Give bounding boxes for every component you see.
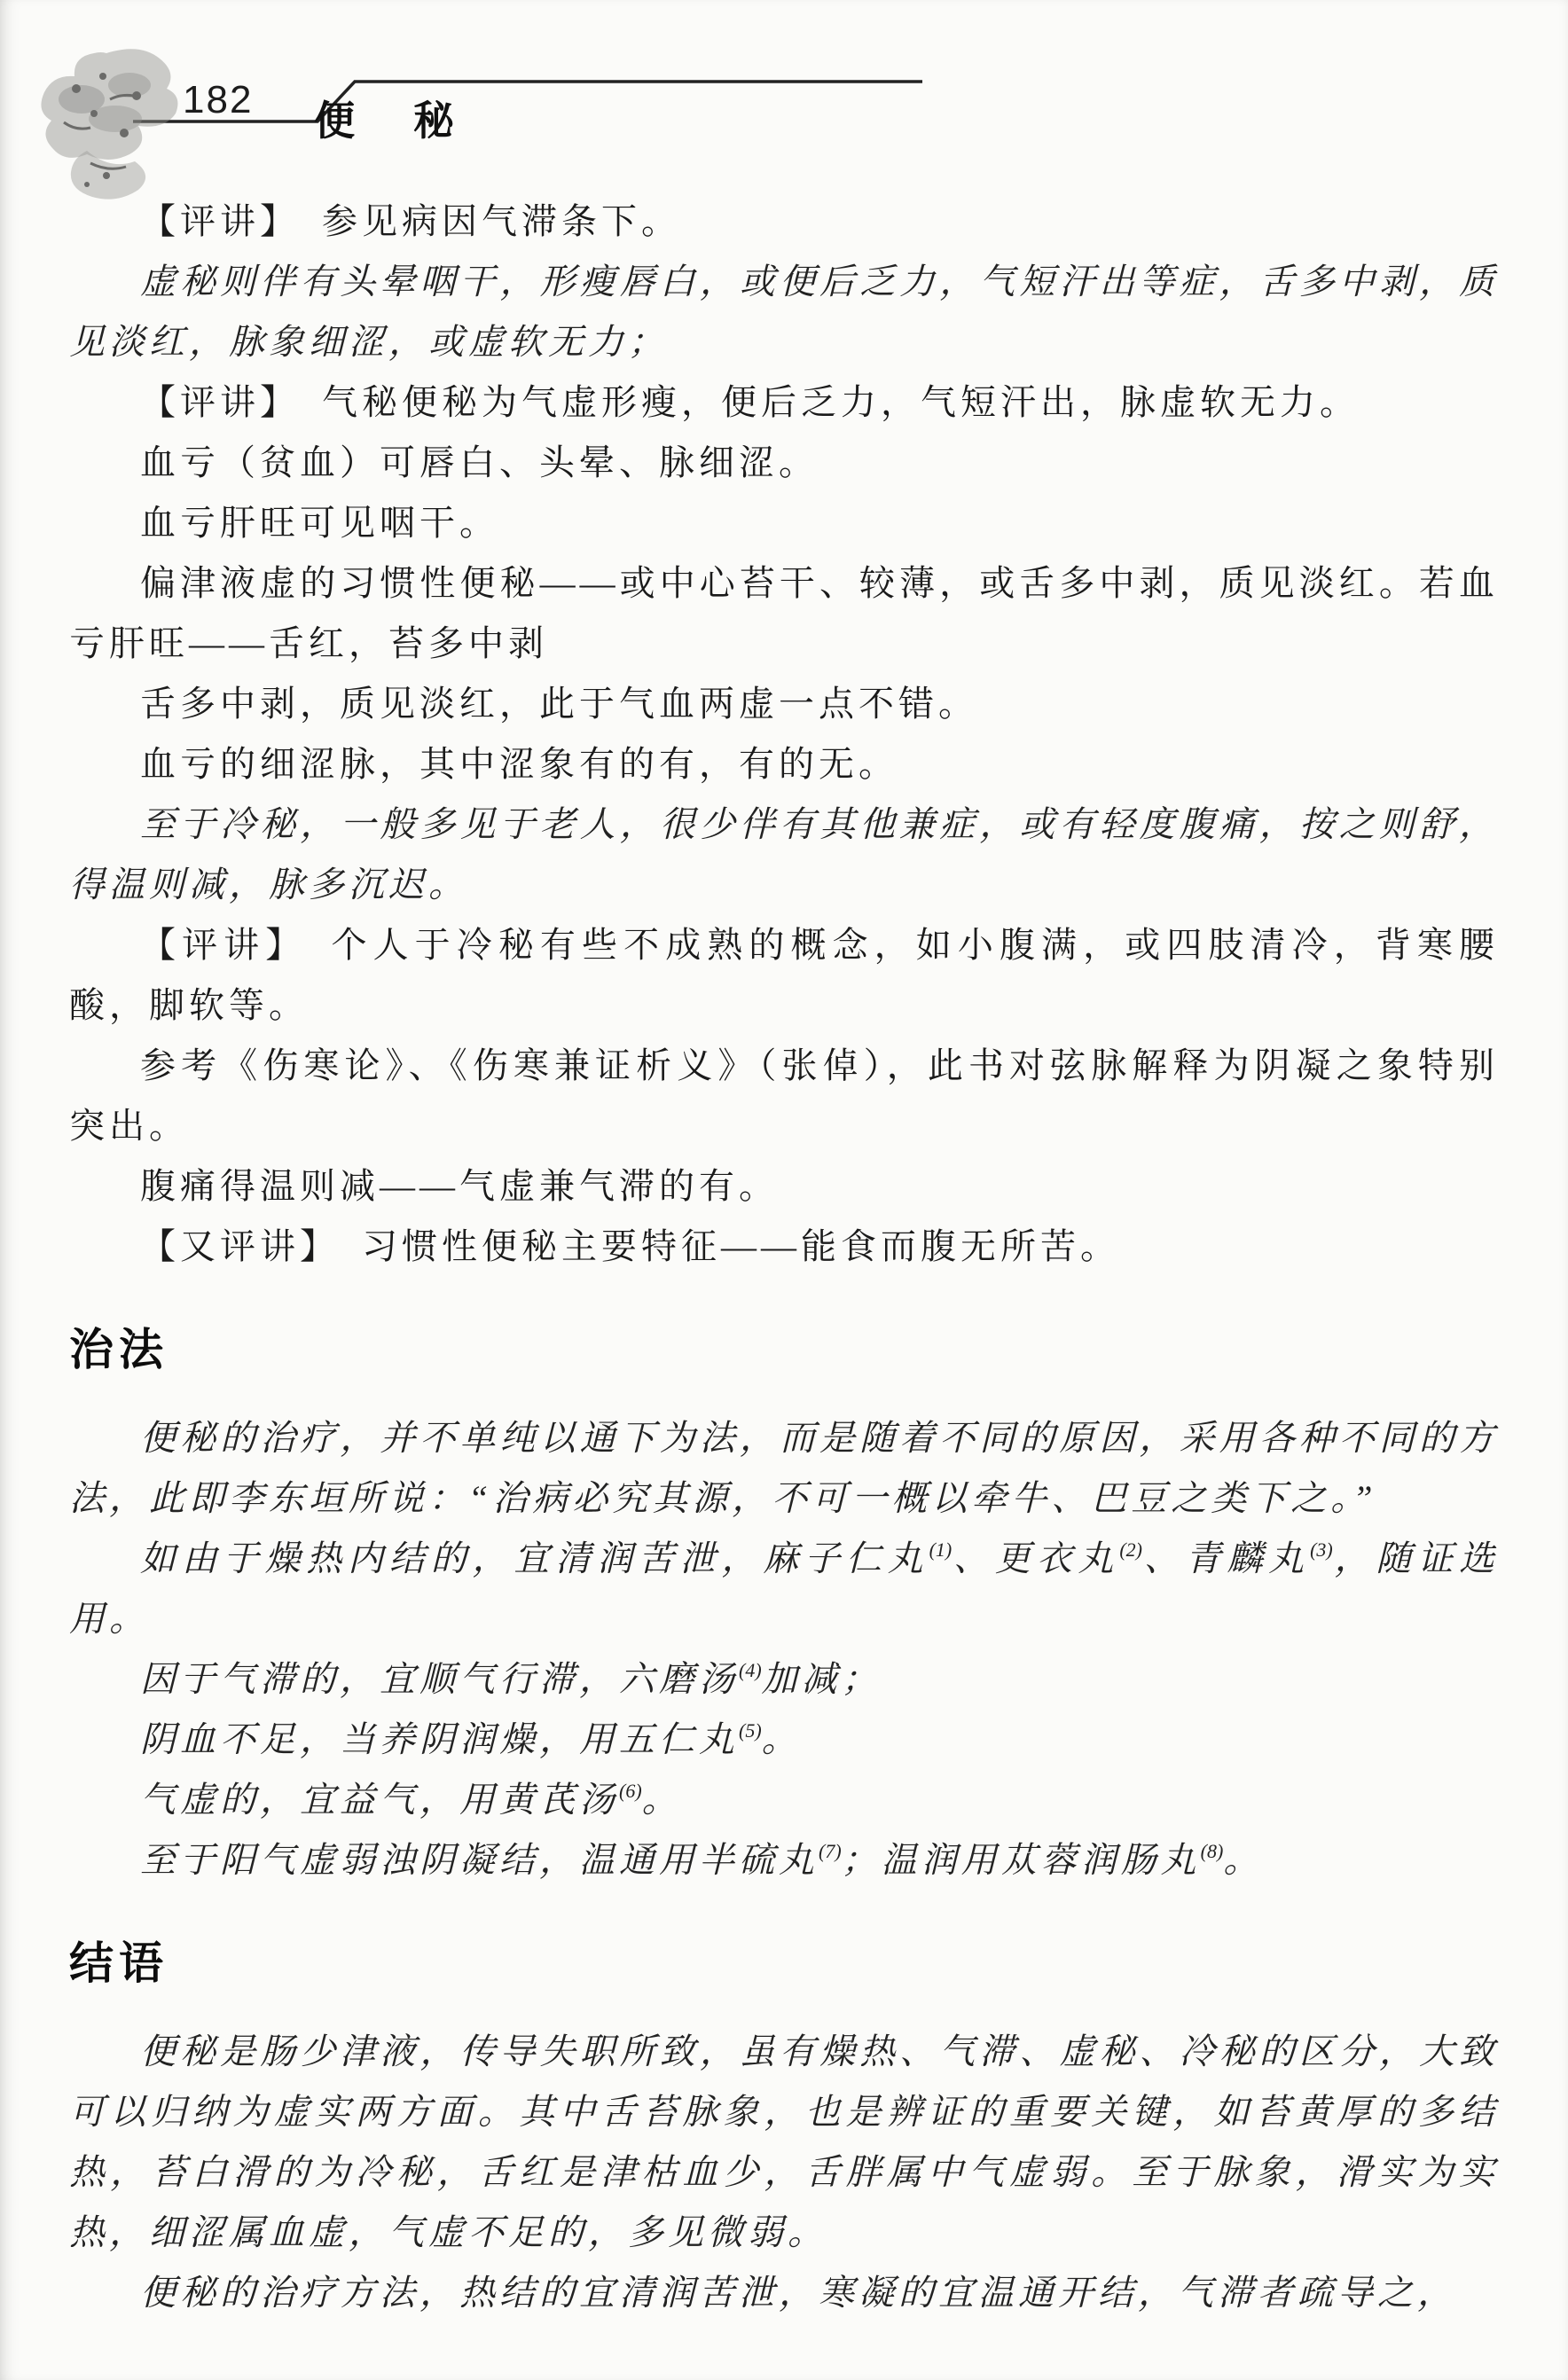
paragraph: 因于气滞的，宜顺气行滞，六磨汤(4)加减；: [69, 1649, 1499, 1710]
paragraph: 阴血不足，当养阴润燥，用五仁丸(5)。: [69, 1710, 1499, 1770]
paragraph: 血亏的细涩脉，其中涩象有的有，有的无。: [69, 734, 1499, 795]
footnote-ref: (3): [1310, 1538, 1333, 1561]
paragraph: 血亏肝旺可见咽干。: [69, 493, 1499, 553]
section-heading: 结语: [69, 1928, 1499, 1992]
paragraph: 如由于燥热内结的，宜清润苦泄，麻子仁丸(1)、更衣丸(2)、青麟丸(3)，随证选…: [69, 1529, 1499, 1649]
paragraph: 便秘是肠少津液，传导失职所致，虽有燥热、气滞、虚秘、冷秘的区分，大致可以归纳为虚…: [69, 2022, 1499, 2263]
paragraph: 偏津液虚的习惯性便秘——或中心苔干、较薄，或舌多中剥，质见淡红。若血亏肝旺——舌…: [69, 553, 1499, 674]
paragraph: 【评讲】 个人于冷秘有些不成熟的概念，如小腹满，或四肢清冷，背寒腰酸，脚软等。: [69, 915, 1499, 1036]
page-header: 182 便 秘: [69, 0, 1499, 153]
paragraph: 至于阳气虚弱浊阴凝结，温通用半硫丸(7)；温润用苁蓉润肠丸(8)。: [69, 1830, 1499, 1891]
section-heading: 治法: [69, 1314, 1499, 1378]
footnote-ref: (4): [739, 1659, 762, 1681]
seal-stamp-icon: [25, 37, 193, 210]
paragraph: 参考《伤寒论》、《伤寒兼证析义》（张倬），此书对弦脉解释为阴凝之象特别突出。: [69, 1036, 1499, 1156]
paragraph: 虚秘则伴有头晕咽干，形瘦唇白，或便后乏力，气短汗出等症，舌多中剥，质见淡红，脉象…: [69, 252, 1499, 372]
footnote-ref: (7): [819, 1840, 842, 1862]
paragraph: 气虚的，宜益气，用黄芪汤(6)。: [69, 1770, 1499, 1830]
paragraph: 至于冷秘，一般多见于老人，很少伴有其他兼症，或有轻度腹痛，按之则舒，得温则减，脉…: [69, 795, 1499, 915]
book-page: 182 便 秘 【评讲】 参见病因气滞条下。虚秘则伴有头晕咽干，形瘦唇白，或便后…: [0, 0, 1568, 2380]
paragraph: 【评讲】 参见病因气滞条下。: [69, 192, 1499, 252]
page-number: 182: [183, 78, 253, 122]
footnote-ref: (8): [1201, 1840, 1224, 1862]
paragraph: 便秘的治疗方法，热结的宜清润苦泄，寒凝的宜温通开结，气滞者疏导之，: [69, 2263, 1499, 2323]
paragraph: 腹痛得温则减——气虚兼气滞的有。: [69, 1156, 1499, 1217]
paragraph: 血亏（贫血）可唇白、头晕、脉细涩。: [69, 433, 1499, 493]
footnote-ref: (6): [619, 1780, 642, 1802]
footnote-ref: (1): [929, 1538, 953, 1561]
paragraph: 舌多中剥，质见淡红，此于气血两虚一点不错。: [69, 674, 1499, 734]
page-body: 【评讲】 参见病因气滞条下。虚秘则伴有头晕咽干，形瘦唇白，或便后乏力，气短汗出等…: [69, 153, 1499, 2323]
paragraph: 【又评讲】 习惯性便秘主要特征——能食而腹无所苦。: [69, 1217, 1499, 1277]
paragraph: 便秘的治疗，并不单纯以通下为法，而是随着不同的原因，采用各种不同的方法，此即李东…: [69, 1408, 1499, 1529]
footnote-ref: (5): [739, 1719, 762, 1742]
paragraph: 【评讲】 气秘便秘为气虚形瘦，便后乏力，气短汗出，脉虚软无力。: [69, 372, 1499, 433]
chapter-title: 便 秘: [314, 89, 463, 147]
footnote-ref: (2): [1119, 1538, 1142, 1561]
